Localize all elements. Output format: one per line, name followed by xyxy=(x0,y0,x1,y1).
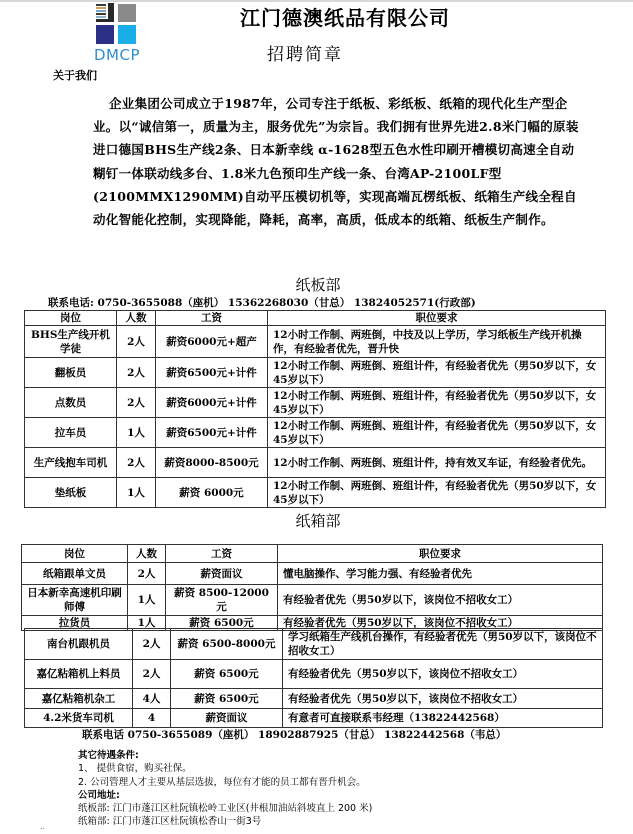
position-cell: 日本新幸高速机印刷师傅 xyxy=(22,585,128,616)
salary-cell: 薪资面议 xyxy=(171,709,283,728)
header-count: 人数 xyxy=(128,545,166,563)
position-cell: 纸箱跟单文员 xyxy=(22,563,128,585)
salary-cell: 薪资 6500-8000元 xyxy=(171,629,283,660)
board-dept-title: 纸板部 xyxy=(248,274,388,295)
table-row: 南台机跟机员 2人 薪资 6500-8000元 学习纸箱生产线机台操作，有经验者… xyxy=(25,629,603,660)
requirement-cell: 有经验者优先（男50岁以下，该岗位不招收女工） xyxy=(283,689,603,709)
box-dept-title: 纸箱部 xyxy=(248,510,388,531)
position-cell: 嘉亿粘箱机上料员 xyxy=(25,660,133,689)
table-row: 点数员 2人 薪资6000元+计件 12小时工作制、两班倒、班组计件，有经验者优… xyxy=(25,388,606,418)
position-cell: 垫纸板 xyxy=(25,478,117,508)
benefits-heading: 其它待遇条件: xyxy=(78,749,372,762)
count-cell: 2人 xyxy=(128,563,166,585)
salary-cell: 薪资8000-8500元 xyxy=(156,448,268,478)
position-cell: 拉车员 xyxy=(25,418,117,448)
board-dept-contact: 联系电话: 0750-3655088（座机） 15362268030（甘总） 1… xyxy=(48,295,476,310)
address-heading: 公司地址: xyxy=(78,789,372,802)
benefits-section: 其它待遇条件: 1、 提供食宿，购买社保。 2. 公司管理人才主要从基层选拔，每… xyxy=(78,749,372,829)
requirement-cell: 有意者可直接联系韦经理（13822442568） xyxy=(283,709,603,728)
salary-cell: 薪资 6500元 xyxy=(171,689,283,709)
table-row: 日本新幸高速机印刷师傅 1人 薪资 8500-12000元 有经验者优先（男50… xyxy=(22,585,603,616)
table-row: 纸箱跟单文员 2人 薪资面议 懂电脑操作、学习能力强、有经验者优先 xyxy=(22,563,603,585)
table-row: 4.2米货车司机 4 薪资面议 有意者可直接联系韦经理（13822442568） xyxy=(25,709,603,728)
header-position: 岗位 xyxy=(22,545,128,563)
about-heading: 关于我们 xyxy=(53,67,97,83)
salary-cell: 薪资6000元+超产 xyxy=(156,326,268,358)
footer-mark: .. xyxy=(40,822,45,831)
salary-cell: 薪资6500元+计件 xyxy=(156,418,268,448)
count-cell: 2人 xyxy=(117,358,156,388)
count-cell: 4 xyxy=(133,709,171,728)
position-cell: 翻板员 xyxy=(25,358,117,388)
salary-cell: 薪资面议 xyxy=(166,563,278,585)
benefit-item: 1、 提供食宿，购买社保。 xyxy=(78,762,372,775)
logo-mark-icon xyxy=(88,2,146,46)
salary-cell: 薪资 6000元 xyxy=(156,478,268,508)
address-board-dept: 纸板部: 江门市蓬江区杜阮镇松岭工业区(井根加油站斜坡直上 200 米) xyxy=(78,802,372,815)
page-title: 招聘简章 xyxy=(230,40,380,65)
table-row: 垫纸板 1人 薪资 6000元 12小时工作制、两班倒、班组计件，有经验者优先（… xyxy=(25,478,606,508)
count-cell: 2人 xyxy=(117,448,156,478)
salary-cell: 薪资6000元+计件 xyxy=(156,388,268,418)
table-header-row: 岗位 人数 工资 职位要求 xyxy=(25,311,606,326)
count-cell: 1人 xyxy=(128,585,166,616)
position-cell: 南台机跟机员 xyxy=(25,629,133,660)
position-cell: BHS生产线开机学徒 xyxy=(25,326,117,358)
salary-cell: 薪资6500元+计件 xyxy=(156,358,268,388)
requirement-cell: 12小时工作制、两班倒、班组计件，有经验者优先（男50岁以下，女45岁以下） xyxy=(268,478,606,508)
header-count: 人数 xyxy=(117,311,156,326)
requirement-cell: 12小时工作制、两班倒、班组计件，持有效叉车证，有经验者优先。 xyxy=(268,448,606,478)
table-row: 拉车员 1人 薪资6500元+计件 12小时工作制、两班倒、班组计件，有经验者优… xyxy=(25,418,606,448)
company-name: 江门德澳纸品有限公司 xyxy=(175,2,515,31)
count-cell: 1人 xyxy=(117,418,156,448)
about-paragraph: 企业集团公司成立于1987年，公司专注于纸板、彩纸板、纸箱的现代化生产型企业。以… xyxy=(93,92,583,231)
header-position: 岗位 xyxy=(25,311,117,326)
position-cell: 生产线抱车司机 xyxy=(25,448,117,478)
table-row: 生产线抱车司机 2人 薪资8000-8500元 12小时工作制、两班倒、班组计件… xyxy=(25,448,606,478)
requirement-cell: 有经验者优先（男50岁以下，该岗位不招收女工） xyxy=(283,660,603,689)
table-row: 嘉亿粘箱机杂工 4人 薪资 6500元 有经验者优先（男50岁以下，该岗位不招收… xyxy=(25,689,603,709)
header-requirement: 职位要求 xyxy=(268,311,606,326)
requirement-cell: 懂电脑操作、学习能力强、有经验者优先 xyxy=(278,563,603,585)
board-dept-table: 岗位 人数 工资 职位要求 BHS生产线开机学徒 2人 薪资6000元+超产 1… xyxy=(24,310,606,508)
table-row: BHS生产线开机学徒 2人 薪资6000元+超产 12小时工作制、两班倒，中技及… xyxy=(25,326,606,358)
table-header-row: 岗位 人数 工资 职位要求 xyxy=(22,545,603,563)
count-cell: 2人 xyxy=(133,660,171,689)
header-requirement: 职位要求 xyxy=(278,545,603,563)
count-cell: 4人 xyxy=(133,689,171,709)
position-cell: 4.2米货车司机 xyxy=(25,709,133,728)
company-logo: DMCP xyxy=(88,2,146,62)
table-row: 嘉亿粘箱机上料员 2人 薪资 6500元 有经验者优先（男50岁以下，该岗位不招… xyxy=(25,660,603,689)
requirement-cell: 有经验者优先（男50岁以下，该岗位不招收女工） xyxy=(278,585,603,616)
salary-cell: 薪资 8500-12000元 xyxy=(166,585,278,616)
table-row: 翻板员 2人 薪资6500元+计件 12小时工作制、两班倒、班组计件，有经验者优… xyxy=(25,358,606,388)
header-salary: 工资 xyxy=(166,545,278,563)
count-cell: 2人 xyxy=(117,388,156,418)
count-cell: 2人 xyxy=(133,629,171,660)
salary-cell: 薪资 6500元 xyxy=(171,660,283,689)
header-salary: 工资 xyxy=(156,311,268,326)
requirement-cell: 12小时工作制、两班倒、班组计件，有经验者优先（男50岁以下，女45岁以下） xyxy=(268,358,606,388)
requirement-cell: 12小时工作制、两班倒、班组计件，有经验者优先（男50岁以下，女45岁以下） xyxy=(268,388,606,418)
position-cell: 嘉亿粘箱机杂工 xyxy=(25,689,133,709)
requirement-cell: 12小时工作制、两班倒、班组计件，有经验者优先（男50岁以下，女45岁以下） xyxy=(268,418,606,448)
address-box-dept: 纸箱部: 江门市蓬江区杜阮镇松香山一街3号 xyxy=(78,815,372,828)
box-dept-contact: 联系电话 0750-3655089（座机） 18902887925（甘总） 13… xyxy=(82,727,506,742)
count-cell: 1人 xyxy=(117,478,156,508)
box-dept-table-b: 南台机跟机员 2人 薪资 6500-8000元 学习纸箱生产线机台操作，有经验者… xyxy=(24,628,603,728)
requirement-cell: 12小时工作制、两班倒，中技及以上学历，学习纸板生产线开机操作，有经验者优先，晋… xyxy=(268,326,606,358)
position-cell: 点数员 xyxy=(25,388,117,418)
count-cell: 2人 xyxy=(117,326,156,358)
box-dept-table-a: 岗位 人数 工资 职位要求 纸箱跟单文员 2人 薪资面议 懂电脑操作、学习能力强… xyxy=(21,544,603,631)
requirement-cell: 学习纸箱生产线机台操作，有经验者优先（男50岁以下，该岗位不招收女工） xyxy=(283,629,603,660)
benefit-item: 2. 公司管理人才主要从基层选拔，每位有才能的员工都有晋升机会。 xyxy=(78,776,372,789)
logo-text: DMCP xyxy=(88,46,146,64)
